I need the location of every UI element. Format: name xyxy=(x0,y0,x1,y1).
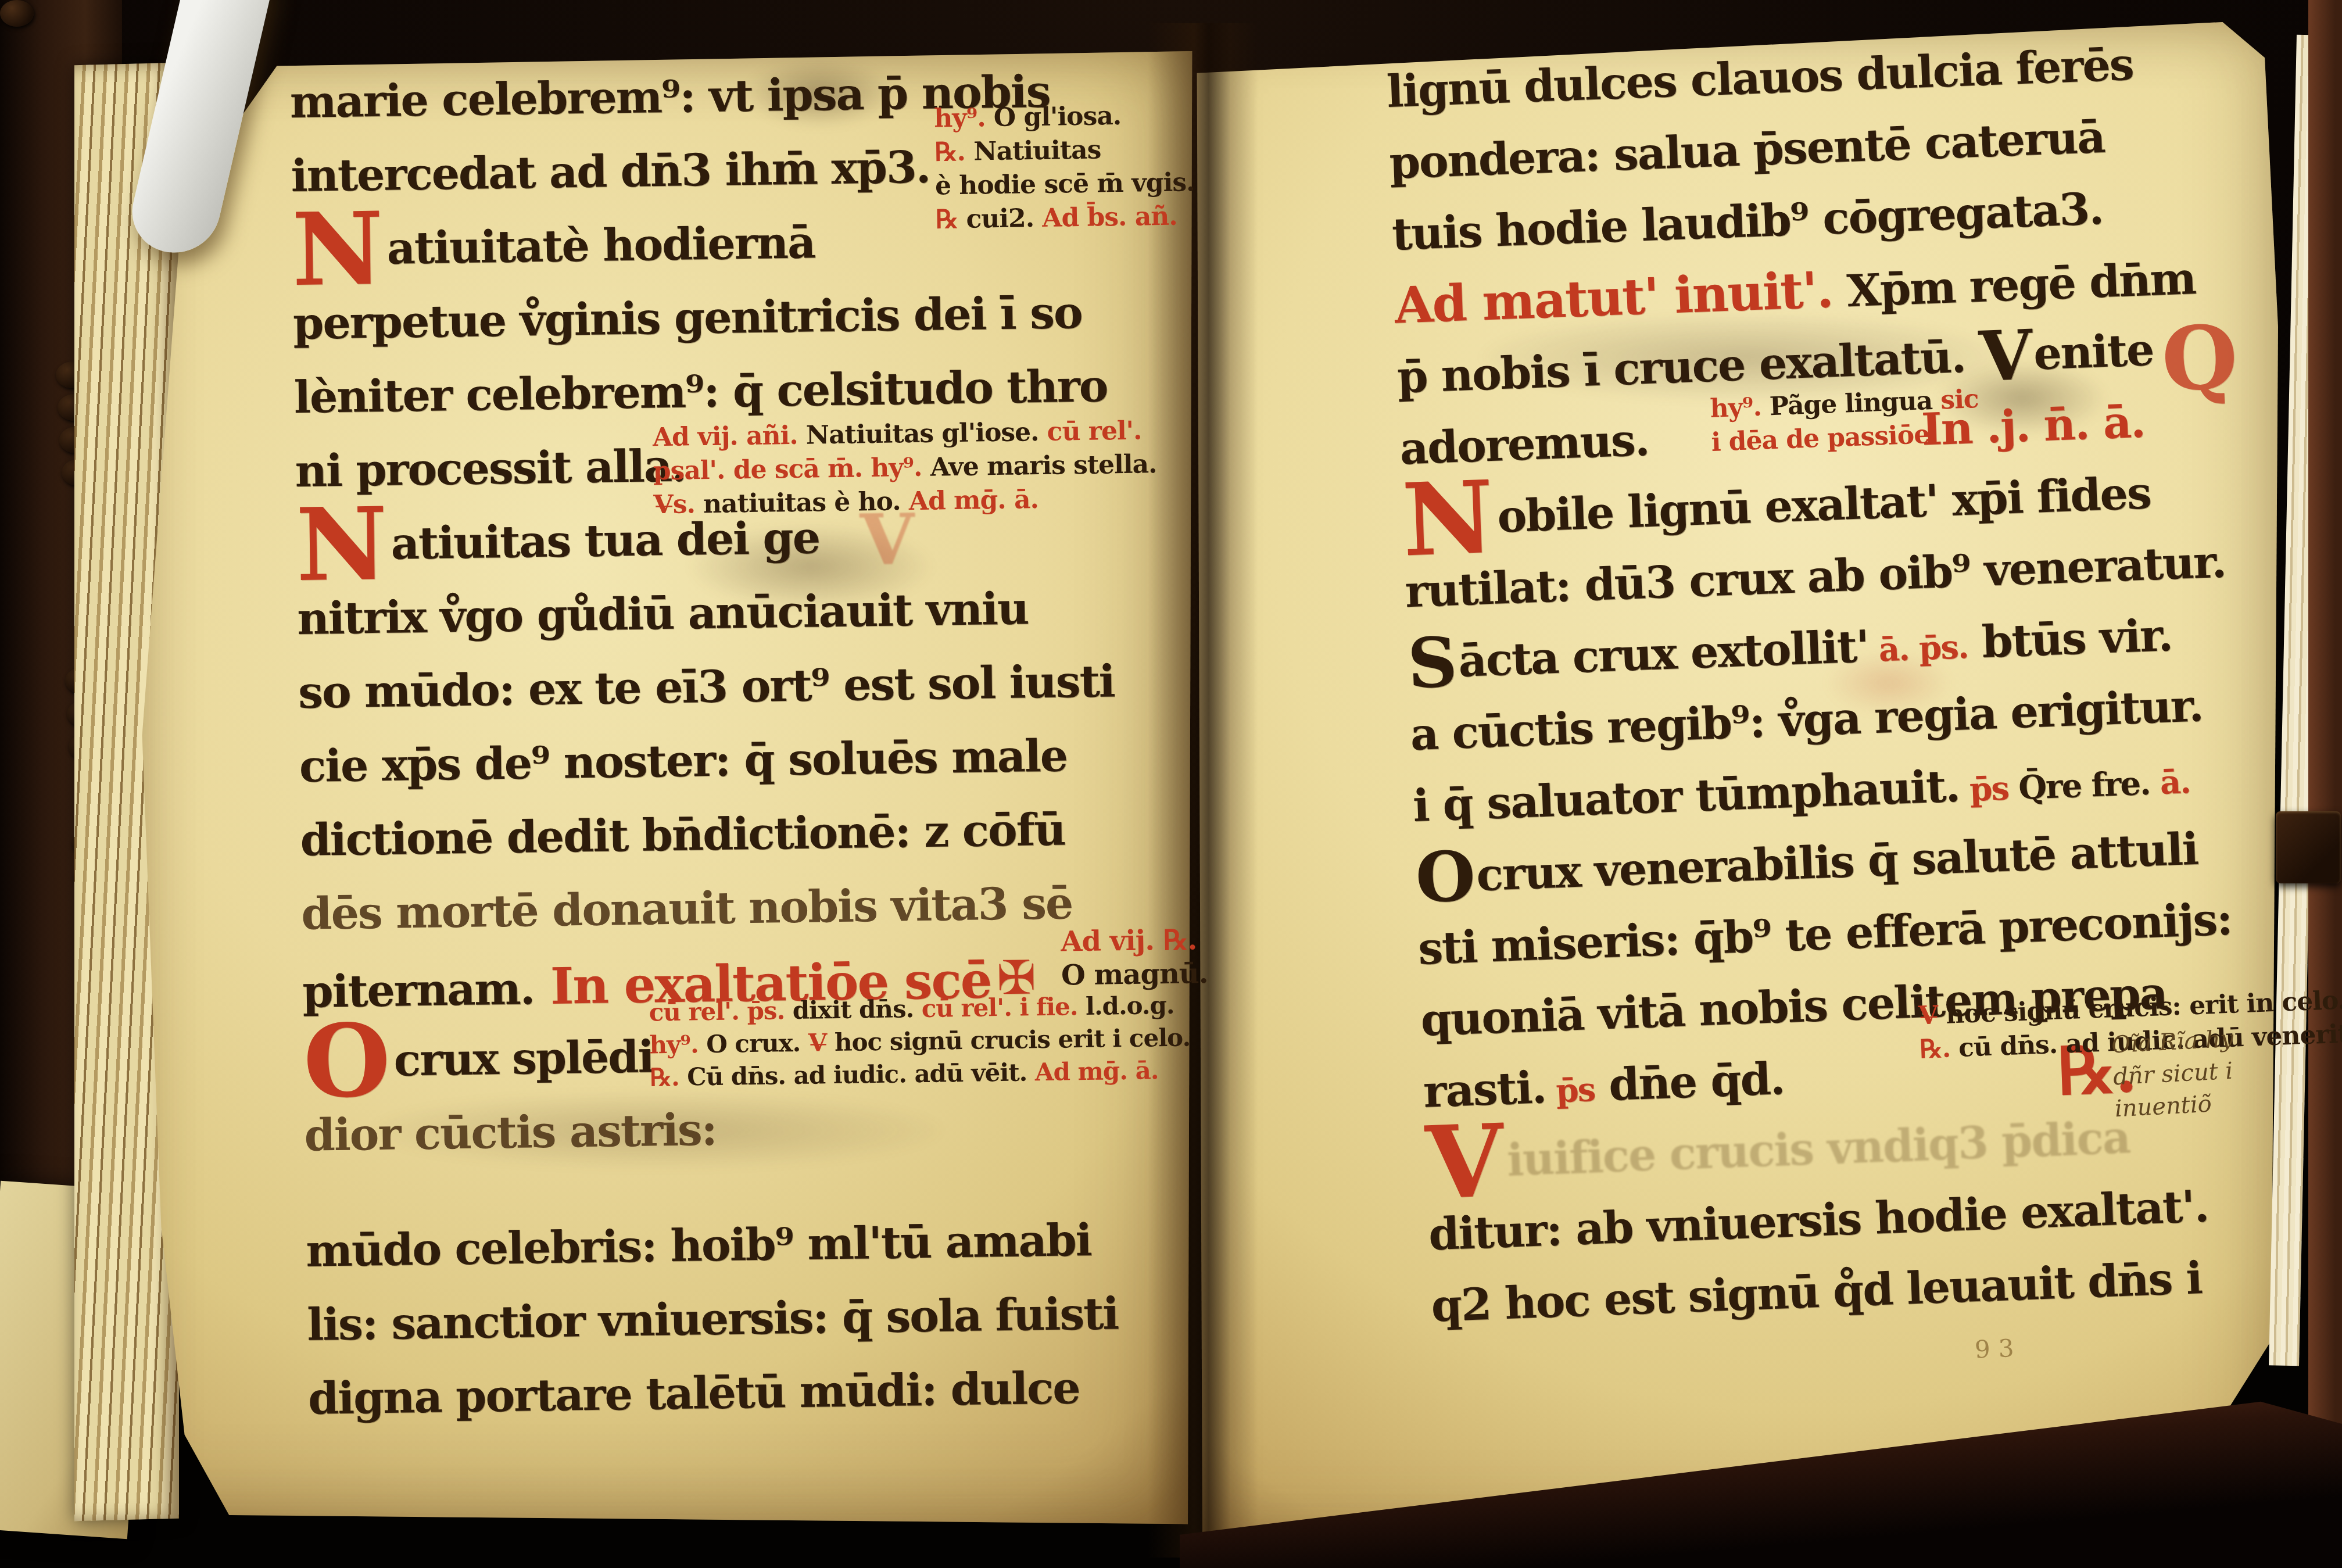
text-segment: enite xyxy=(2033,324,2154,380)
manuscript-line: mūdo celebris: hoib⁹ ml'tū amabi xyxy=(306,1201,1225,1288)
rubric-line: psal'. de scā m̄. hy⁹. Ave maris stella. xyxy=(653,448,1156,488)
text-segment: Q̄re fre. xyxy=(2008,764,2151,808)
manuscript-line: cie xp̄s de⁹ noster: q̄ soluēs male xyxy=(299,717,1218,803)
text-segment: btūs vir. xyxy=(1967,609,2173,668)
text-segment: mūdo celebris: hoib⁹ ml'tū amabi xyxy=(306,1214,1091,1277)
text-segment: ācta crux extollit' xyxy=(1458,620,1870,687)
text-segment: Xp̄m regē dn̄m xyxy=(1832,252,2196,317)
text-segment: i q̄ saluator tūmphauit. xyxy=(1412,760,1960,832)
text-segment: O gl'iosa. xyxy=(985,101,1121,133)
manuscript-line: intercedat ad dn̄3 ihm̄ xp̄3.hy⁹. O gl'i… xyxy=(291,126,1210,213)
text-segment: ā. p̄s. xyxy=(1868,628,1968,670)
text-segment: lèniter celebrem⁹: q̄ celsitudo thro xyxy=(293,360,1108,423)
text-segment: dēs mortē donauit nobis vita3 sē xyxy=(301,877,1073,940)
text-segment: atiuitas tua dei ge xyxy=(391,511,819,569)
text-segment: dn̄e q̄d. xyxy=(1593,1053,1785,1111)
text-segment: è hodie scē m̄ vgis. xyxy=(935,167,1195,201)
text-segment: l.d.o.g. xyxy=(1077,991,1174,1021)
rubric-line: Ad vij. ℞. xyxy=(1061,923,1208,959)
text-segment: ℞. xyxy=(934,137,965,167)
text-segment: dior cūctis astris: xyxy=(304,1104,717,1161)
rubric-line: è hodie scē m̄ vgis. xyxy=(935,166,1195,203)
text-segment: sic xyxy=(1932,384,1979,416)
sewing-support-icon xyxy=(0,0,34,27)
manuscript-line: dior cūctis astris: xyxy=(304,1086,1223,1172)
text-segment: intercedat ad dn̄3 ihm̄ xp̄3. xyxy=(291,141,930,202)
text-segment: O magnū. xyxy=(1061,957,1208,992)
rubric-line: ℞. Natiuitas xyxy=(934,132,1194,169)
margin-note: Oĩa Rĩa hy dñr sicut i inuentiõ xyxy=(2111,1019,2325,1126)
text-segment: cū rel'. xyxy=(1038,416,1142,447)
text-segment: obile lignū exaltat' xp̄i fides xyxy=(1496,467,2151,542)
manuscript-line: perpetue v̊ginis genitricis dei ī so xyxy=(292,274,1212,360)
text-segment: V̶ xyxy=(1918,1000,1938,1030)
text-segment: lis: sanctior vniuersis: q̄ sola fuisti xyxy=(307,1287,1119,1350)
text-segment: Ad vij. añi. xyxy=(653,421,798,452)
rubric-block: cū rel'. p̄s. dixit dn̄s. cū rel'. i fie… xyxy=(649,989,1191,1094)
text-segment: so mūdo: ex te eī3 ort⁹ est sol iusti xyxy=(298,655,1115,718)
illuminated-initial: V xyxy=(1978,314,2033,397)
rubric-line: hy⁹. O gl'iosa. xyxy=(934,98,1194,135)
text-segment: nitrix v̊go gůdiū anūciauit vniu xyxy=(297,582,1029,645)
text-segment: cie xp̄s de⁹ noster: q̄ soluēs male xyxy=(299,729,1067,792)
illuminated-initial: O xyxy=(1414,835,1476,918)
manuscript-line: nitrix v̊go gůdiū anūciauit vniu xyxy=(296,569,1216,656)
text-segment: Natiuitas gl'iose. xyxy=(797,417,1038,450)
manuscript-line: lis: sanctior vniuersis: q̄ sola fuisti xyxy=(306,1275,1226,1362)
manuscript-photo: marie celebrem⁹: vt ipsa p̄ nobisinterce… xyxy=(0,0,2342,1568)
text-segment: O crux. xyxy=(698,1029,800,1058)
text-segment: hoc signū crucis erit i celo. xyxy=(826,1023,1190,1057)
rubric-block: Ad vij. ℞.O magnū. xyxy=(1061,923,1208,993)
text-segment: Ad matut' inuit'. xyxy=(1394,260,1834,335)
text-segment: p̄s xyxy=(1959,769,2010,810)
text-segment: cū rel'. i fie. xyxy=(914,992,1078,1023)
left-page-text: marie celebrem⁹: vt ipsa p̄ nobisinterce… xyxy=(289,52,1227,1435)
manuscript-line: dictionē dedit bn̄dictionē: z cōfū xyxy=(300,790,1219,877)
text-segment: ā. xyxy=(2149,762,2191,802)
text-segment: Pãge lingua xyxy=(1761,386,1933,422)
text-segment: Natiuitas xyxy=(965,135,1101,167)
text-segment: cū rel'. p̄s. xyxy=(649,996,785,1026)
text-segment: ℞. xyxy=(650,1063,679,1092)
text-segment: i dēa de passiōe. xyxy=(1711,420,1939,457)
manuscript-line: Natiuitas tua dei geV xyxy=(296,495,1215,582)
text-segment: psal'. de scā m̄. hy⁹. xyxy=(653,453,922,486)
manuscript-line: ni processit alla.Ad vij. añi. Natiuitas… xyxy=(295,421,1214,508)
text-segment: hy⁹. xyxy=(1710,392,1762,424)
illuminated-initial: V xyxy=(860,498,914,581)
text-segment: hy⁹. xyxy=(934,103,986,133)
rubric-line: O magnū. xyxy=(1061,957,1208,993)
manuscript-line: Natiuitatè hodiernā xyxy=(292,200,1211,287)
text-segment: p̄s xyxy=(1545,1071,1596,1111)
text-segment: digna portare talētū mūdi: dulce xyxy=(307,1362,1080,1424)
text-segment: Ave maris stella. xyxy=(922,449,1157,482)
right-page-text: lignū dulces clauos dulcia ferēspondera:… xyxy=(1385,22,2342,1341)
text-segment: Ad vij. ℞. xyxy=(1061,923,1197,958)
text-segment: V̶ xyxy=(800,1028,827,1057)
text-segment: dictionē dedit bn̄dictionē: z cōfū xyxy=(300,803,1065,865)
rubric-block: hy⁹. Pãge lingua sici dēa de passiōe. xyxy=(1710,382,1981,460)
text-segment: crux splēdi xyxy=(393,1030,654,1086)
text-segment: perpetue v̊ginis genitricis dei ī so xyxy=(293,287,1083,349)
text-segment: dixit dn̄s. xyxy=(785,994,914,1025)
manuscript-line: digna portare talētū mūdi: dulce xyxy=(307,1349,1227,1435)
text-segment: hy⁹. xyxy=(649,1030,699,1059)
text-segment: atiuitatè hodiernā xyxy=(386,216,815,274)
manuscript-line: so mūdo: ex te eī3 ort⁹ est sol iusti xyxy=(298,643,1217,729)
manuscript-line: Ocrux splēdicū rel'. p̄s. dixit dn̄s. cū… xyxy=(303,1012,1222,1098)
text-segment: iuifice crucis vndiq3 p̄dica xyxy=(1506,1111,2131,1186)
illuminated-initial: S xyxy=(1406,621,1458,704)
text-segment: ℞. xyxy=(1919,1034,1951,1065)
page-number: 93 xyxy=(1974,1334,2022,1364)
text-segment: Cū dn̄s. ad iudic. adū vēit. xyxy=(679,1058,1027,1091)
text-segment: Ad mḡ. ā. xyxy=(1027,1056,1159,1086)
